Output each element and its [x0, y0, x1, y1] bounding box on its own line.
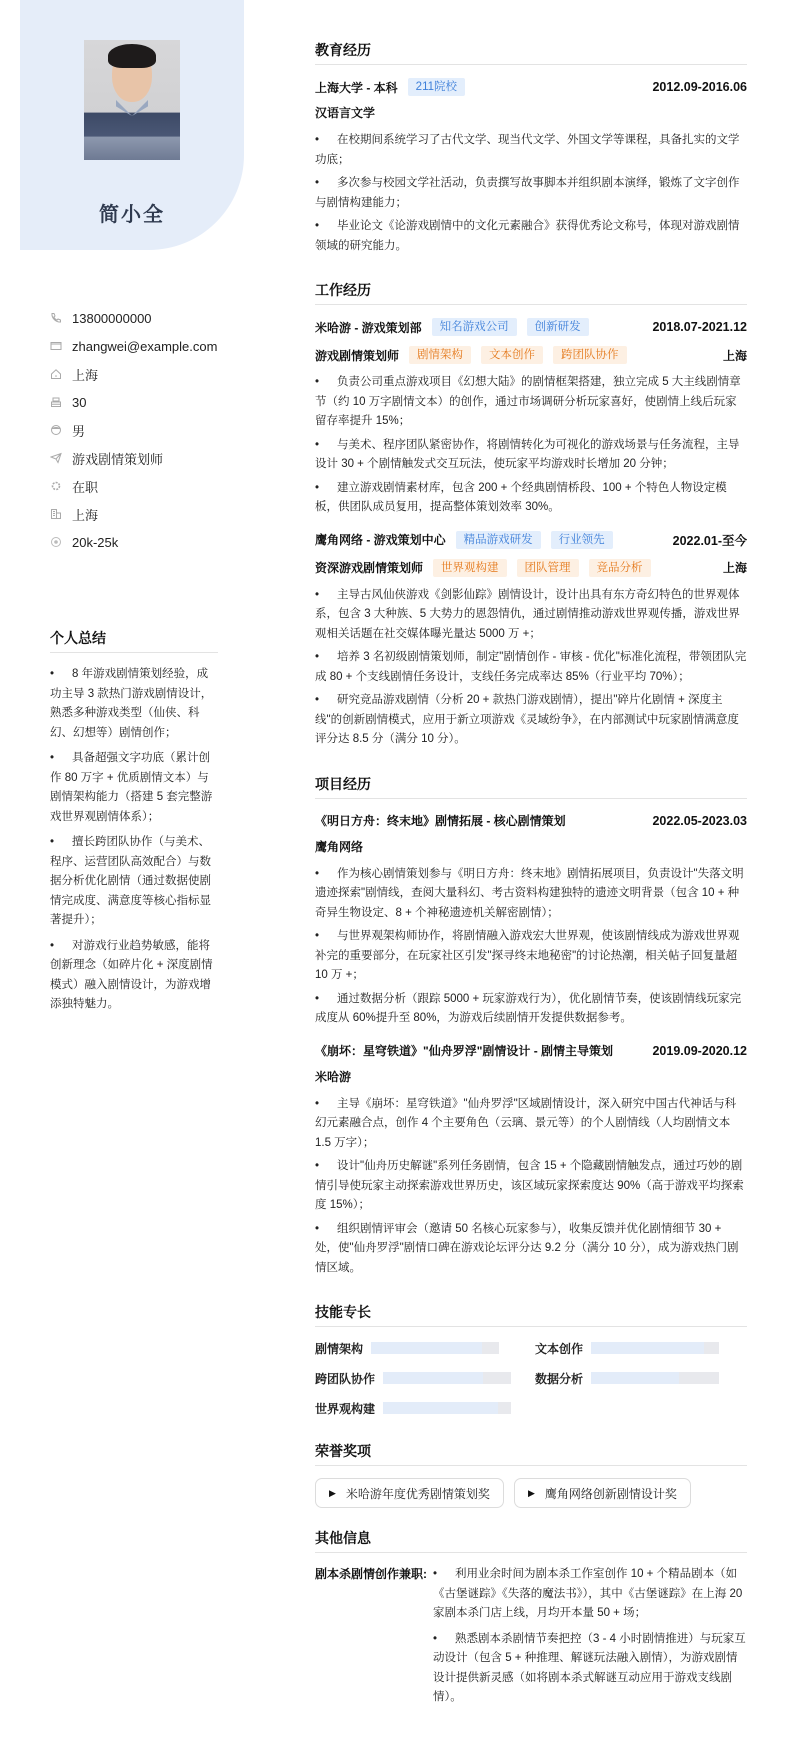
project-org: 鹰角网络 [315, 839, 747, 855]
duty-item: •研究竞品游戏剧情（分析 20 + 款热门游戏剧情），提出"碎片化剧情 + 深度… [315, 691, 747, 750]
project-entry: 《崩坏：星穹铁道》"仙舟罗浮"剧情设计 - 剧情主导策划 2019.09-202… [315, 1041, 747, 1279]
company-tag: 创新研发 [527, 318, 589, 336]
duty-item: •培养 3 名初级剧情策划师，制定"剧情创作 - 审核 - 优化"标准化流程，带… [315, 648, 747, 687]
duty-item: •与美术、程序团队紧密协作，将剧情转化为可视化的游戏场景与任务流程，主导设计 3… [315, 436, 747, 475]
education-item: •多次参与校园文学社活动，负责撰写故事脚本并组织剧本演绎，锻炼了文字创作与剧情构… [315, 174, 747, 213]
project-item: •与世界观架构师协作，将剧情融入游戏宏大世界观，使该剧情线成为游戏世界观补完的重… [315, 927, 747, 986]
skill-bar-fill [371, 1342, 482, 1354]
role-tag: 竞品分析 [589, 559, 651, 577]
summary-section: 个人总结 •8 年游戏剧情策划经验，成功主导 3 款热门游戏剧情设计，熟悉多种游… [50, 628, 218, 1021]
contact-status: 在职 [50, 472, 217, 500]
bullet-icon: • [315, 927, 337, 947]
company-name: 米哈游 - 游戏策划部 [315, 319, 422, 336]
education-date: 2012.09-2016.06 [652, 80, 747, 94]
skill-item: 跨团队协作 [315, 1369, 535, 1387]
skill-label: 跨团队协作 [315, 1370, 375, 1387]
other-item: •熟悉剧本杀剧情节奏把控（3 - 4 小时剧情推进）与玩家互动设计（包含 5 +… [433, 1630, 747, 1708]
project-items: •作为核心剧情策划参与《明日方舟：终末地》剧情拓展项目，负责设计"失落文明遗迹探… [315, 865, 747, 1029]
project-item: •主导《崩坏：星穹铁道》"仙舟罗浮"区域剧情设计，深入研究中国古代神话与科幻元素… [315, 1095, 747, 1154]
company-name: 鹰角网络 - 游戏策划中心 [315, 531, 446, 548]
summary-title: 个人总结 [50, 628, 218, 653]
project-item: •作为核心剧情策划参与《明日方舟：终末地》剧情拓展项目，负责设计"失落文明遗迹探… [315, 865, 747, 924]
summary-item: •对游戏行业趋势敏感，能将创新理念（如碎片化 + 深度剧情模式）融入剧情设计，为… [50, 937, 218, 1015]
bullet-icon: • [315, 1095, 337, 1115]
role-tag: 跨团队协作 [553, 346, 627, 364]
education-section: 教育经历 上海大学 - 本科 211院校 2012.09-2016.06 汉语言… [315, 40, 747, 256]
work-section: 工作经历 米哈游 - 游戏策划部 知名游戏公司 创新研发 2018.07-202… [315, 280, 747, 750]
contact-phone-value: 13800000000 [72, 311, 152, 326]
summary-item: •具备超强文字功底（累计创作 80 万字 + 优质剧情文本）与剧情架构能力（搭建… [50, 749, 218, 827]
skills-section: 技能专长 剧情架构 文本创作 跨团队协作 数据分析 世界观构建 [315, 1302, 747, 1417]
project-name: 《明日方舟：终末地》剧情拓展 - 核心剧情策划 [315, 812, 566, 829]
bullet-icon: • [50, 665, 72, 685]
other-section: 其他信息 剧本杀剧情创作兼职: •利用业余时间为剧本杀工作室创作 10 + 个精… [315, 1528, 747, 1714]
skill-label: 数据分析 [535, 1370, 583, 1387]
contact-phone: 13800000000 [50, 304, 217, 332]
photo-hair [108, 44, 156, 68]
contact-position: 游戏剧情策划师 [50, 444, 217, 472]
bullet-icon: • [433, 1630, 455, 1650]
other-entry: 剧本杀剧情创作兼职: •利用业余时间为剧本杀工作室创作 10 + 个精品剧本（如… [315, 1565, 747, 1714]
project-entry: 《明日方舟：终末地》剧情拓展 - 核心剧情策划 2022.05-2023.03 … [315, 811, 747, 1029]
bullet-icon: • [315, 865, 337, 885]
bullet-icon: • [433, 1565, 455, 1585]
job-role: 资深游戏剧情策划师 [315, 559, 423, 576]
gender-icon [50, 424, 62, 436]
role-tag: 团队管理 [517, 559, 579, 577]
contact-list: 13800000000 zhangwei@example.com 上海 30 男… [50, 304, 217, 556]
skill-bar [383, 1402, 511, 1414]
skill-bar-fill [383, 1372, 483, 1384]
job-duties: •主导古风仙侠游戏《剑影仙踪》剧情设计，设计出具有东方奇幻特色的世界观体系，包含… [315, 586, 747, 750]
skill-item: 世界观构建 [315, 1399, 535, 1417]
project-date: 2022.05-2023.03 [652, 814, 747, 828]
summary-list: •8 年游戏剧情策划经验，成功主导 3 款热门游戏剧情设计，熟悉多种游戏类型（仙… [50, 665, 218, 1015]
bullet-icon: • [315, 436, 337, 456]
contact-hometown-value: 上海 [72, 365, 98, 384]
skill-label: 世界观构建 [315, 1400, 375, 1417]
bullet-icon: • [315, 691, 337, 711]
other-title: 其他信息 [315, 1528, 747, 1553]
play-triangle-icon: ▶ [329, 1488, 336, 1499]
job-date: 2022.01-至今 [673, 531, 747, 549]
major: 汉语言文学 [315, 105, 747, 121]
contact-gender: 男 [50, 416, 217, 444]
projects-title: 项目经历 [315, 774, 747, 799]
summary-item: •擅长跨团队协作（与美术、程序、运营团队高效配合）与数据分析优化剧情（通过数据使… [50, 833, 218, 931]
awards-list: ▶ 米哈游年度优秀剧情策划奖 ▶ 鹰角网络创新剧情设计奖 [315, 1478, 747, 1508]
education-item: •在校期间系统学习了古代文学、现当代文学、外国文学等课程，具备扎实的文学功底； [315, 131, 747, 170]
status-icon [50, 480, 62, 492]
skill-bar [383, 1372, 511, 1384]
skill-label: 文本创作 [535, 1340, 583, 1357]
bullet-icon: • [315, 174, 337, 194]
skill-item: 数据分析 [535, 1369, 747, 1387]
education-item: •毕业论文《论游戏剧情中的文化元素融合》获得优秀论文称号，体现对游戏剧情领域的研… [315, 217, 747, 256]
skill-bar [591, 1342, 719, 1354]
profile-name: 简小全 [20, 198, 244, 227]
contact-salary: 20k-25k [50, 528, 217, 556]
contact-city: 上海 [50, 500, 217, 528]
summary-item: •8 年游戏剧情策划经验，成功主导 3 款热门游戏剧情设计，熟悉多种游戏类型（仙… [50, 665, 218, 743]
projects-section: 项目经历 《明日方舟：终末地》剧情拓展 - 核心剧情策划 2022.05-202… [315, 774, 747, 1279]
skills-grid: 剧情架构 文本创作 跨团队协作 数据分析 世界观构建 [315, 1339, 747, 1417]
project-item: •设计"仙舟历史解谜"系列任务剧情，包含 15 + 个隐藏剧情触发点，通过巧妙的… [315, 1157, 747, 1216]
skill-bar [591, 1372, 719, 1384]
bullet-icon: • [315, 479, 337, 499]
company-tag: 知名游戏公司 [432, 318, 517, 336]
contact-city-value: 上海 [72, 505, 98, 524]
bullet-icon: • [315, 1220, 337, 1240]
education-title: 教育经历 [315, 40, 747, 65]
duty-item: •主导古风仙侠游戏《剑影仙踪》剧情设计，设计出具有东方奇幻特色的世界观体系，包含… [315, 586, 747, 645]
bullet-icon: • [50, 749, 72, 769]
bullet-icon: • [315, 586, 337, 606]
salary-icon [50, 536, 62, 548]
contact-age-value: 30 [72, 395, 86, 410]
job-role: 游戏剧情策划师 [315, 347, 399, 364]
role-tag: 世界观构建 [433, 559, 507, 577]
contact-age: 30 [50, 388, 217, 416]
education-list: •在校期间系统学习了古代文学、现当代文学、外国文学等课程，具备扎实的文学功底； … [315, 131, 747, 256]
skills-title: 技能专长 [315, 1302, 747, 1327]
phone-icon [50, 312, 62, 324]
contact-position-value: 游戏剧情策划师 [72, 449, 163, 468]
school-name: 上海大学 - 本科 [315, 79, 398, 96]
job-duties: •负责公司重点游戏项目《幻想大陆》的剧情框架搭建，独立完成 5 大主线剧情章节（… [315, 373, 747, 518]
company-tag: 行业领先 [551, 531, 613, 549]
awards-section: 荣誉奖项 ▶ 米哈游年度优秀剧情策划奖 ▶ 鹰角网络创新剧情设计奖 [315, 1441, 747, 1508]
job-entry: 米哈游 - 游戏策划部 知名游戏公司 创新研发 2018.07-2021.12 … [315, 317, 747, 518]
other-label: 剧本杀剧情创作兼职: [315, 1565, 433, 1714]
job-date: 2018.07-2021.12 [652, 320, 747, 334]
age-icon [50, 396, 62, 408]
project-org: 米哈游 [315, 1069, 747, 1085]
job-location: 上海 [723, 559, 747, 576]
project-item: •通过数据分析（跟踪 5000 + 玩家游戏行为），优化剧情节奏，使该剧情线玩家… [315, 990, 747, 1029]
contact-status-value: 在职 [72, 477, 98, 496]
bullet-icon: • [50, 937, 72, 957]
work-title: 工作经历 [315, 280, 747, 305]
skill-bar-fill [591, 1372, 679, 1384]
job-entry: 鹰角网络 - 游戏策划中心 精品游戏研发 行业领先 2022.01-至今 资深游… [315, 530, 747, 750]
other-list: •利用业余时间为剧本杀工作室创作 10 + 个精品剧本（如《古堡谜踪》《失落的魔… [433, 1565, 747, 1714]
contact-email: zhangwei@example.com [50, 332, 217, 360]
skill-item: 文本创作 [535, 1339, 747, 1357]
role-tag: 文本创作 [481, 346, 543, 364]
job-location: 上海 [723, 347, 747, 364]
skill-bar-fill [383, 1402, 498, 1414]
play-triangle-icon: ▶ [528, 1488, 535, 1499]
mail-icon [50, 340, 62, 352]
project-items: •主导《崩坏：星穹铁道》"仙舟罗浮"区域剧情设计，深入研究中国古代神话与科幻元素… [315, 1095, 747, 1279]
awards-title: 荣誉奖项 [315, 1441, 747, 1466]
duty-item: •建立游戏剧情素材库，包含 200 + 个经典剧情桥段、100 + 个特色人物设… [315, 479, 747, 518]
skill-bar [371, 1342, 499, 1354]
bullet-icon: • [50, 833, 72, 853]
bullet-icon: • [315, 1157, 337, 1177]
sidebar: 简小全 13800000000 zhangwei@example.com 上海 … [0, 0, 268, 1754]
award-item[interactable]: ▶ 鹰角网络创新剧情设计奖 [514, 1478, 691, 1508]
contact-salary-value: 20k-25k [72, 535, 118, 550]
city-icon [50, 508, 62, 520]
main-content: 教育经历 上海大学 - 本科 211院校 2012.09-2016.06 汉语言… [315, 40, 747, 1738]
bullet-icon: • [315, 990, 337, 1010]
project-date: 2019.09-2020.12 [652, 1044, 747, 1058]
duty-item: •负责公司重点游戏项目《幻想大陆》的剧情框架搭建，独立完成 5 大主线剧情章节（… [315, 373, 747, 432]
other-item: •利用业余时间为剧本杀工作室创作 10 + 个精品剧本（如《古堡谜踪》《失落的魔… [433, 1565, 747, 1624]
bullet-icon: • [315, 648, 337, 668]
job-icon [50, 452, 62, 464]
award-item[interactable]: ▶ 米哈游年度优秀剧情策划奖 [315, 1478, 504, 1508]
home-icon [50, 368, 62, 380]
bullet-icon: • [315, 217, 337, 237]
education-header: 上海大学 - 本科 211院校 2012.09-2016.06 [315, 77, 747, 97]
profile-photo [84, 40, 180, 160]
skill-bar-fill [591, 1342, 704, 1354]
skill-label: 剧情架构 [315, 1340, 363, 1357]
bullet-icon: • [315, 373, 337, 393]
school-tag: 211院校 [408, 78, 465, 96]
company-tag: 精品游戏研发 [456, 531, 541, 549]
project-item: •组织剧情评审会（邀请 50 名核心玩家参与），收集反馈并优化剧情细节 30 +… [315, 1220, 747, 1279]
photo-collar [116, 100, 148, 116]
skill-item: 剧情架构 [315, 1339, 535, 1357]
contact-email-value: zhangwei@example.com [72, 339, 217, 354]
project-name: 《崩坏：星穹铁道》"仙舟罗浮"剧情设计 - 剧情主导策划 [315, 1042, 613, 1059]
contact-hometown: 上海 [50, 360, 217, 388]
bullet-icon: • [315, 131, 337, 151]
contact-gender-value: 男 [72, 421, 85, 440]
role-tag: 剧情架构 [409, 346, 471, 364]
